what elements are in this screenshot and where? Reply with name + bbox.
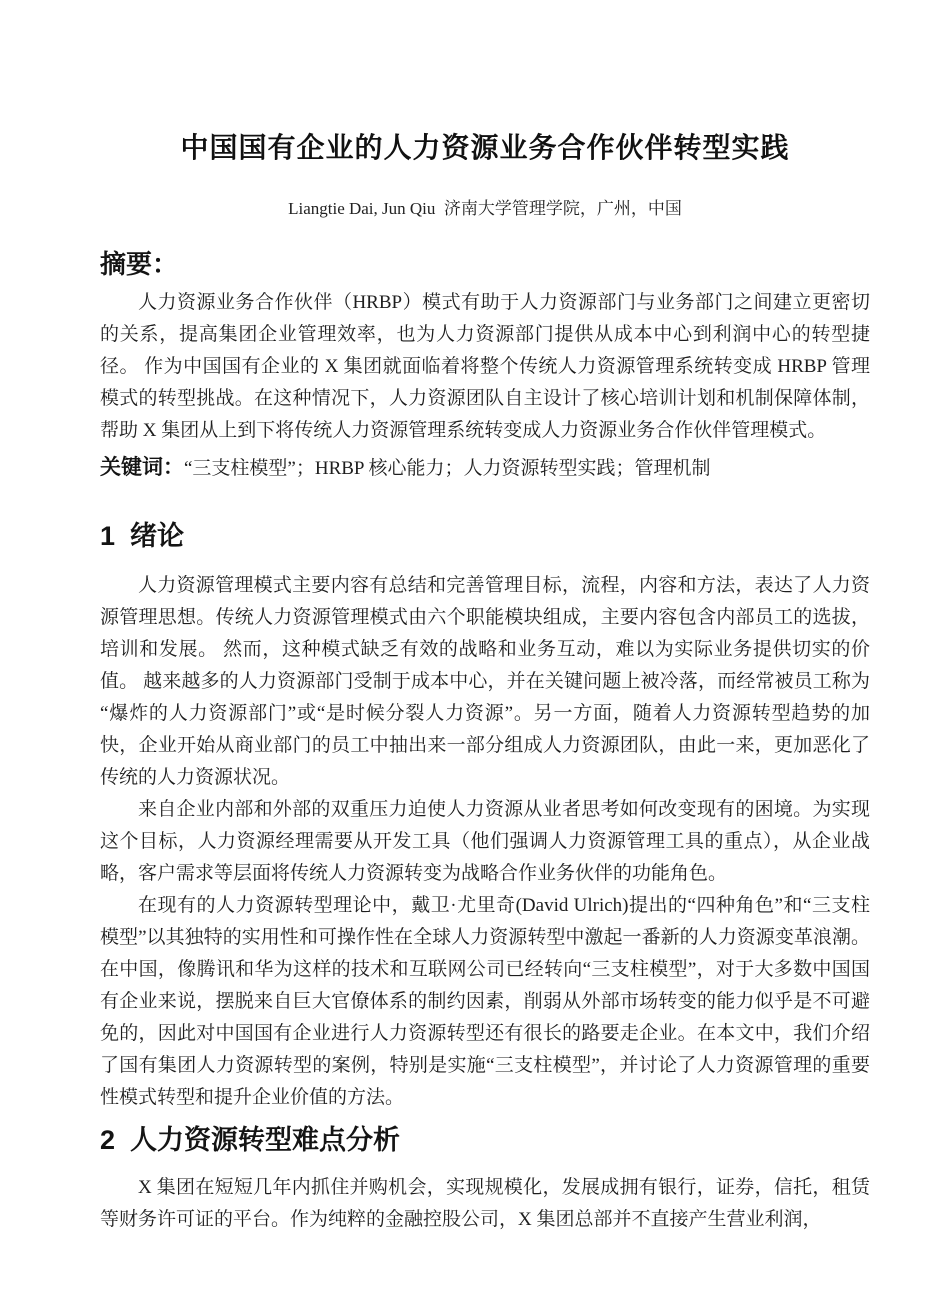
section-1-paragraph-3: 在现有的人力资源转型理论中，戴卫·尤里奇(David Ulrich)提出的“四种…: [100, 890, 870, 1114]
authors-line: Liangtie Dai, Jun Qiu 济南大学管理学院，广州，中国: [100, 197, 870, 221]
document-page: 中国国有企业的人力资源业务合作伙伴转型实践 Liangtie Dai, Jun …: [0, 0, 926, 1309]
section-1-paragraph-2: 来自企业内部和外部的双重压力迫使人力资源从业者思考如何改变现有的困境。为实现这个…: [100, 794, 870, 890]
section-2-heading: 2 人力资源转型难点分析: [100, 1121, 870, 1159]
abstract-heading: 摘要：: [100, 246, 870, 282]
keywords-label: 关键词：: [100, 456, 184, 479]
abstract-paragraph: 人力资源业务合作伙伴（HRBP）模式有助于人力资源部门与业务部门之间建立更密切的…: [100, 287, 870, 447]
page-title: 中国国有企业的人力资源业务合作伙伴转型实践: [100, 128, 870, 168]
section-2-paragraph-1: X 集团在短短几年内抓住并购机会，实现规模化，发展成拥有银行，证券，信托，租赁等…: [100, 1172, 870, 1236]
section-1-paragraph-1: 人力资源管理模式主要内容有总结和完善管理目标，流程，内容和方法，表达了人力资源管…: [100, 570, 870, 794]
keywords-line: 关键词：“三支柱模型”；HRBP 核心能力；人力资源转型实践；管理机制: [100, 452, 870, 485]
section-1-heading: 1 绪论: [100, 517, 870, 555]
keywords-text: “三支柱模型”；HRBP 核心能力；人力资源转型实践；管理机制: [184, 458, 711, 479]
